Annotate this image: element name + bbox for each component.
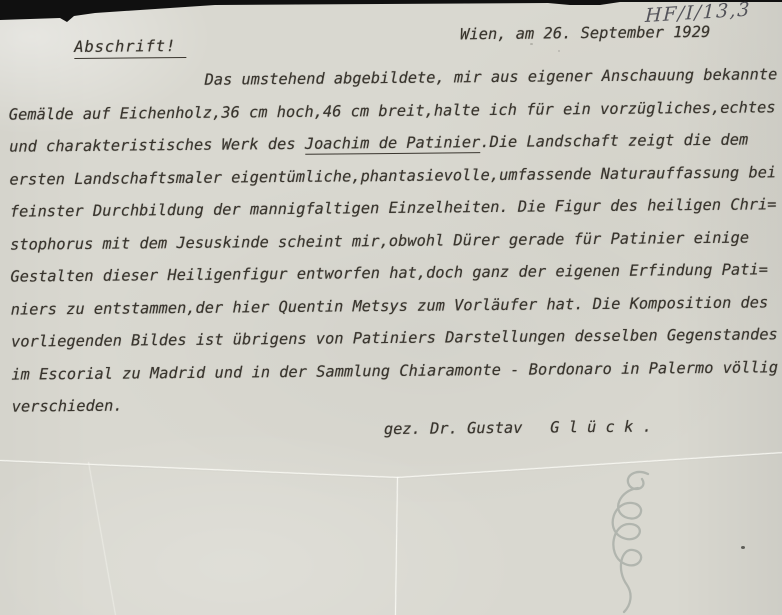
letter-body: Das umstehend abgebildete, mir aus eigen…: [8, 58, 782, 448]
body-line-4-text: ersten Landschaftsmaler eigentümliche,ph…: [9, 163, 776, 188]
artist-name-underlined: Joachim de Patinier: [305, 133, 481, 155]
ink-speck: [530, 43, 533, 45]
body-line-11-text: verschieden.: [12, 397, 123, 416]
body-line-5-text: feinster Durchbildung der mannigfaltigen…: [10, 195, 777, 220]
signature-line: gez. Dr. Gustav G l ü c k .: [12, 409, 782, 449]
body-line-9-text: vorliegenden Bildes ist übrigens von Pat…: [11, 325, 778, 350]
ink-speck: [741, 546, 745, 549]
abschrift-label-text: Abschrift!: [74, 37, 186, 59]
body-line-10-text: im Escorial zu Madrid und in der Sammlun…: [11, 358, 778, 383]
body-line-7-text: Gestalten dieser Heiligenfigur entworfen…: [10, 260, 768, 285]
body-line-8-text: niers zu entstammen,der hier Quentin Met…: [11, 293, 769, 318]
body-line-3-pre: und charakteristisches Werk des: [9, 135, 305, 156]
pencil-scribble: [596, 466, 686, 615]
body-line-1-text: Das umstehend abgebildete, mir aus eigen…: [204, 65, 777, 88]
scanned-typewritten-letter: HF/I/13,3 Abschrift! Wien, am 26. Septem…: [0, 0, 782, 615]
body-line-2-text: Gemälde auf Eichenholz,36 cm hoch,46 cm …: [9, 98, 776, 123]
ink-speck: [558, 50, 560, 52]
body-line-6-text: stophorus mit dem Jesuskinde scheint mir…: [10, 228, 749, 253]
abschrift-label: Abschrift!: [74, 37, 186, 56]
dateline: Wien, am 26. September 1929: [460, 23, 710, 43]
body-line-3-post: .Die Landschaft zeigt die dem: [480, 131, 748, 152]
